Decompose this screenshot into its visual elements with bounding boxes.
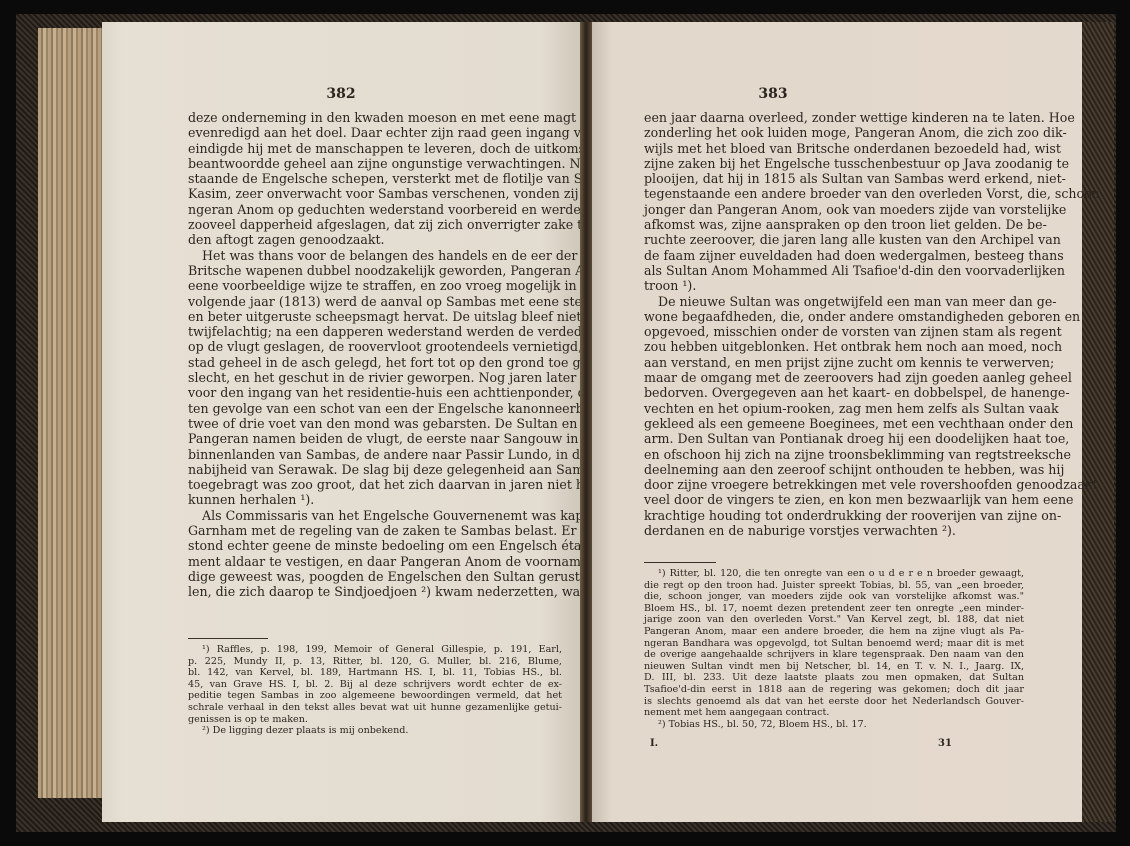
text-line: zou hebben uitgeblonken. Het ontbrak hem… [644, 339, 1024, 354]
footnote-rule [644, 562, 716, 563]
text-line: nabijheid van Serawak. De slag bij deze … [188, 462, 562, 477]
text-line: gekleed als een gemeene Boeginees, met e… [644, 416, 1024, 431]
text-line: Tsafioe'd-din eerst in 1818 aan de reger… [644, 684, 1024, 696]
page-number: 382 [102, 86, 580, 102]
text-line: ¹) Raffles, p. 198, 199, Memoir of Gener… [188, 644, 562, 656]
text-line: volgende jaar (1813) werd de aanval op S… [188, 294, 562, 309]
text-line: opgevoed, misschien onder de vorsten van… [644, 324, 1024, 339]
text-line: ¹) Ritter, bl. 120, die ten onregte van … [644, 568, 1024, 580]
text-line: stad geheel in de asch gelegd, het fort … [188, 355, 562, 370]
left-page: 382 deze onderneming in den kwaden moeso… [102, 22, 580, 822]
text-line: nement met hem aangegaan contract. [644, 707, 1024, 719]
body-text: een jaar daarna overleed, zonder wettige… [644, 110, 1024, 538]
text-line: De nieuwe Sultan was ongetwijfeld een ma… [644, 294, 1024, 309]
text-line: bedorven. Overgegeven aan het kaart- en … [644, 385, 1024, 400]
text-line: Kasim, zeer onverwacht voor Sambas versc… [188, 186, 562, 201]
text-line: zooveel dapperheid afgeslagen, dat zij z… [188, 217, 562, 232]
body-text: deze onderneming in den kwaden moeson en… [188, 110, 562, 600]
text-line: zonderling het ook luiden moge, Pangeran… [644, 125, 1024, 140]
text-line: aan verstand, en men prijst zijne zucht … [644, 355, 1024, 370]
text-line: troon ¹). [644, 278, 1024, 293]
text-line: plooijen, dat hij in 1815 als Sultan van… [644, 171, 1024, 186]
text-line: genissen is op te maken. [188, 714, 562, 726]
text-line: vechten en het opium-rooken, zag men hem… [644, 401, 1024, 416]
text-line: Het was thans voor de belangen des hande… [188, 248, 562, 263]
text-line: Bloem HS., bl. 17, noemt dezen pretenden… [644, 603, 1024, 615]
signature-number: 31 [938, 738, 952, 749]
text-line: veel door de vingers te zien, en kon men… [644, 492, 1024, 507]
text-line: krachtige houding tot onderdrukking der … [644, 508, 1024, 523]
text-line: de faam zijner euveldaden had doen weder… [644, 248, 1024, 263]
footnotes: ¹) Raffles, p. 198, 199, Memoir of Gener… [188, 644, 562, 737]
text-line: toegebragt was zoo groot, dat het zich d… [188, 477, 562, 492]
text-line: stond echter geene de minste bedoeling o… [188, 538, 562, 553]
text-line: twijfelachtig; na een dapperen wederstan… [188, 324, 562, 339]
text-line: Pangeran namen beiden de vlugt, de eerst… [188, 431, 562, 446]
right-page: 383 een jaar daarna overleed, zonder wet… [592, 22, 1082, 822]
text-line: Britsche wapenen dubbel noodzakelijk gew… [188, 263, 562, 278]
text-line: Als Commissaris van het Engelsche Gouver… [188, 508, 562, 523]
text-line: 45, van Grave HS. I, bl. 2. Bij al deze … [188, 679, 562, 691]
text-line: ²) Tobias HS., bl. 50, 72, Bloem HS., bl… [644, 719, 1024, 731]
text-line: slecht, en het geschut in de rivier gewo… [188, 370, 562, 385]
text-line: voor den ingang van het residentie-huis … [188, 385, 562, 400]
text-line: bl. 142, van Kervel, bl. 189, Hartmann H… [188, 667, 562, 679]
text-line: den aftogt zagen genoodzaakt. [188, 232, 562, 247]
text-line: eene voorbeeldige wijze te straffen, en … [188, 278, 562, 293]
text-line: arm. Den Sultan van Pontianak droeg hij … [644, 431, 1024, 446]
text-line: binnenlanden van Sambas, de andere naar … [188, 447, 562, 462]
text-line: ngeran Bandhara was opgevolgd, tot Sulta… [644, 638, 1024, 650]
book-gutter [580, 22, 592, 822]
text-line: ngeran Anom op geduchten wederstand voor… [188, 202, 562, 217]
page-number: 383 [528, 86, 1018, 102]
text-line: wone begaafdheden, die, onder andere oms… [644, 309, 1024, 324]
text-line: jarige zoon van den overleden Vorst." Va… [644, 614, 1024, 626]
text-line: als Sultan Anom Mohammed Ali Tsafioe'd-d… [644, 263, 1024, 278]
text-line: die regt op den troon had. Juister spree… [644, 580, 1024, 592]
text-line: D. III, bl. 233. Uit deze laatste plaats… [644, 672, 1024, 684]
text-line: staande de Engelsche schepen, versterkt … [188, 171, 562, 186]
text-line: maar de omgang met de zeeroovers had zij… [644, 370, 1024, 385]
book-cover-right-edge [1082, 22, 1114, 822]
text-line: wijls met het bloed van Britsche onderda… [644, 141, 1024, 156]
text-line: afkomst was, zijne aanspraken op den tro… [644, 217, 1024, 232]
text-line: evenredigd aan het doel. Daar echter zij… [188, 125, 562, 140]
text-line: zijne zaken bij het Engelsche tusschenbe… [644, 156, 1024, 171]
signature-mark: I. [650, 738, 658, 749]
text-line: is slechts genoemd als dat van het eerst… [644, 696, 1024, 708]
text-line: peditie tegen Sambas in zoo algemeene be… [188, 690, 562, 702]
text-line: twee of drie voet van den mond was gebar… [188, 416, 562, 431]
text-line: die, schoon jonger, van moeders zijde oo… [644, 591, 1024, 603]
text-line: ²) De ligging dezer plaats is mij onbeke… [188, 725, 562, 737]
footnote-rule [188, 638, 268, 639]
page-block-edge [38, 28, 102, 798]
footnotes: ¹) Ritter, bl. 120, die ten onregte van … [644, 568, 1024, 730]
text-line: deelneming aan den zeeroof schijnt ontho… [644, 462, 1024, 477]
text-line: nieuwen Sultan vindt men bij Netscher, b… [644, 661, 1024, 673]
text-line: beantwoordde geheel aan zijne ongunstige… [188, 156, 562, 171]
text-line: len, die zich daarop te Sindjoedjoen ²) … [188, 584, 562, 599]
text-line: tegenstaande een andere broeder van den … [644, 186, 1024, 201]
text-line: door zijne vroegere betrekkingen met vel… [644, 477, 1024, 492]
text-line: derdanen en de naburige vorstjes verwach… [644, 523, 1024, 538]
text-line: ment aldaar te vestigen, en daar Pangera… [188, 554, 562, 569]
text-line: en beter uitgeruste scheepsmagt hervat. … [188, 309, 562, 324]
text-line: Pangeran Anom, maar een andere broeder, … [644, 626, 1024, 638]
text-line: Garnham met de regeling van de zaken te … [188, 523, 562, 538]
text-line: schrale verhaal in den tekst alles bevat… [188, 702, 562, 714]
text-line: de overige aangehaalde schrijvers in kla… [644, 649, 1024, 661]
text-line: deze onderneming in den kwaden moeson en… [188, 110, 562, 125]
text-line: ruchte zeeroover, die jaren lang alle ku… [644, 232, 1024, 247]
text-line: dige geweest was, poogden de Engelschen … [188, 569, 562, 584]
text-line: ten gevolge van een schot van een der En… [188, 401, 562, 416]
text-line: jonger dan Pangeran Anom, ook van moeder… [644, 202, 1024, 217]
text-line: kunnen herhalen ¹). [188, 492, 562, 507]
text-line: op de vlugt geslagen, de roovervloot gro… [188, 339, 562, 354]
text-line: eindigde hij met de manschappen te lever… [188, 141, 562, 156]
text-line: en ofschoon hij zich na zijne troonsbekl… [644, 447, 1024, 462]
text-line: p. 225, Mundy II, p. 13, Ritter, bl. 120… [188, 656, 562, 668]
text-line: een jaar daarna overleed, zonder wettige… [644, 110, 1024, 125]
